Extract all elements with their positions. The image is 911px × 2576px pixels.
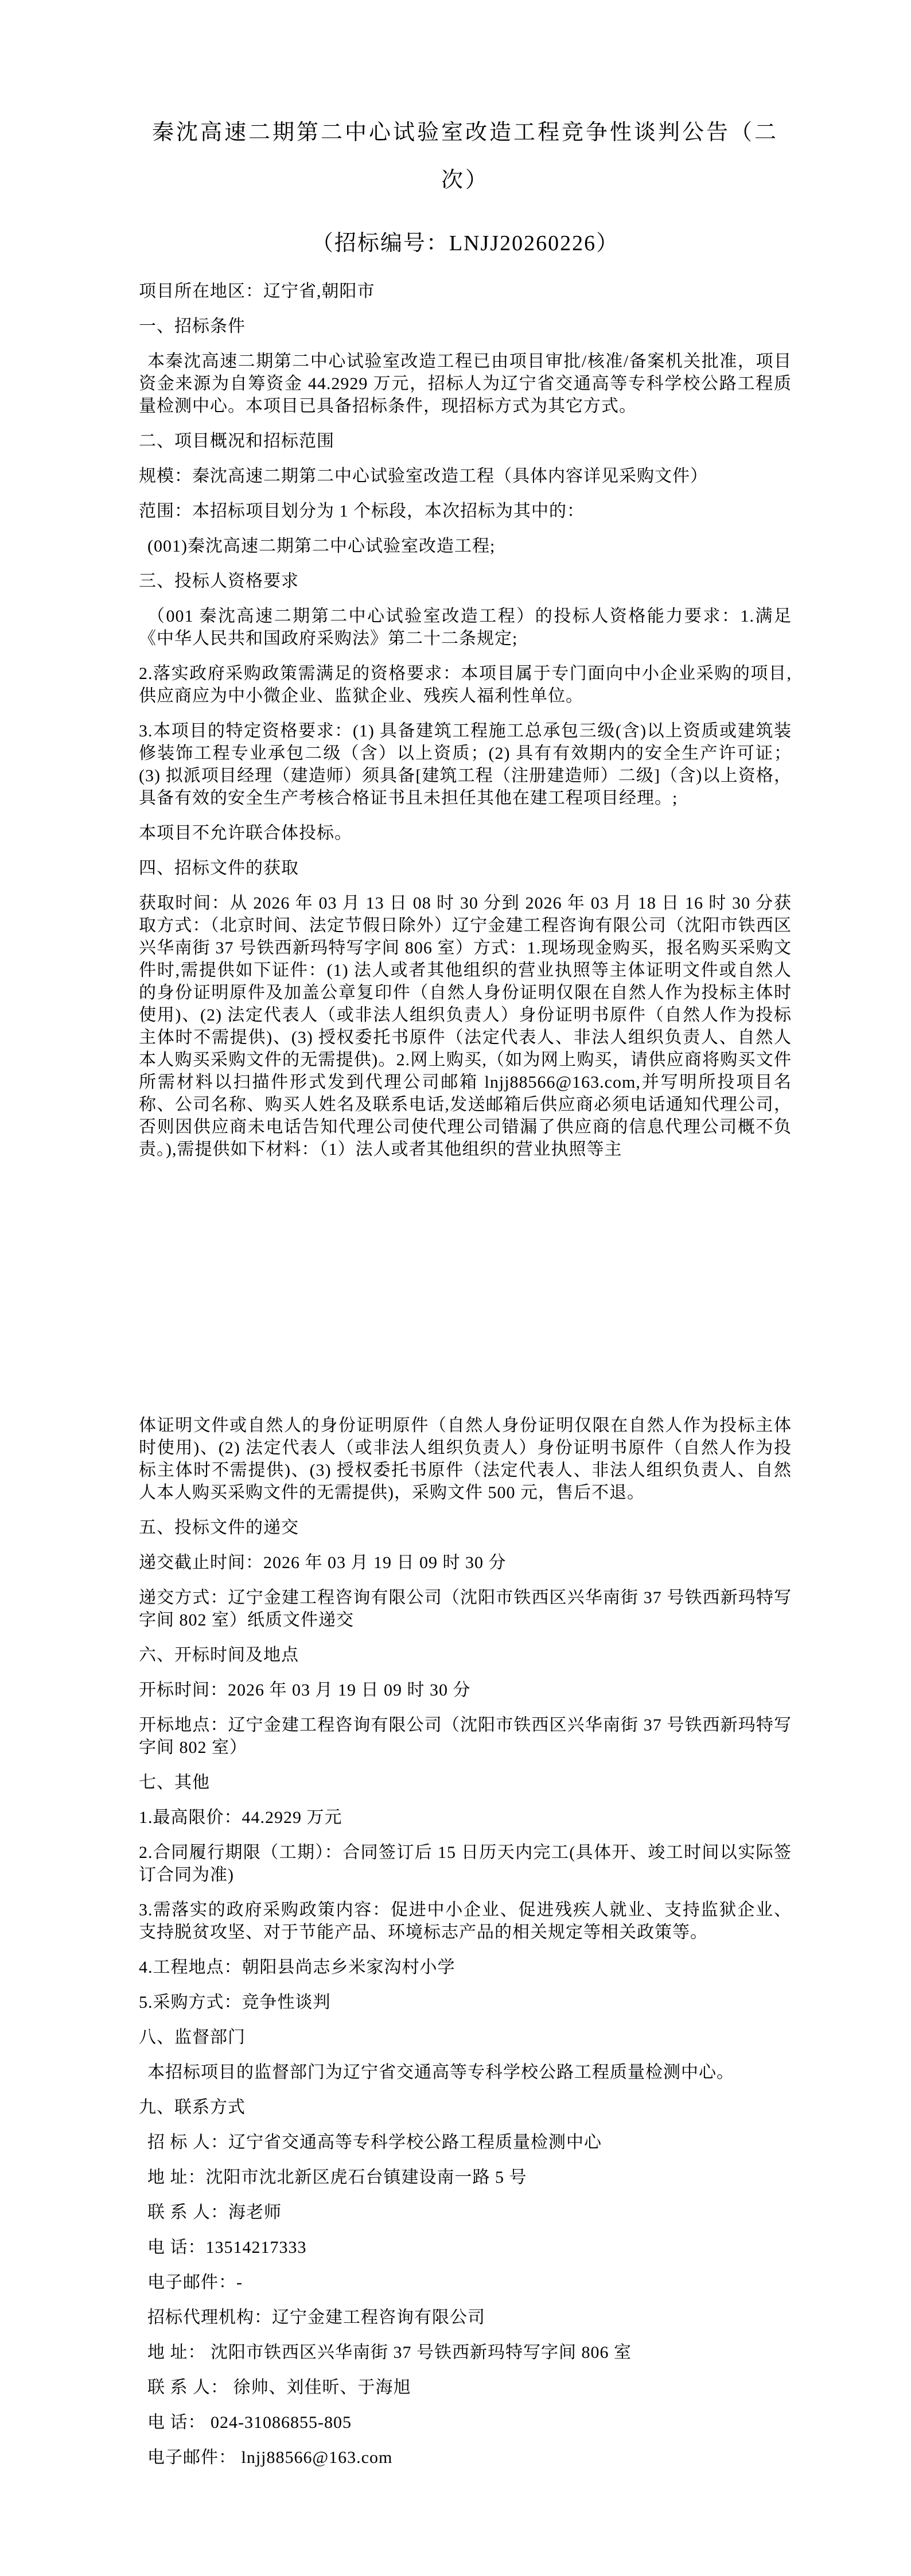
section-6-heading: 六、开标时间及地点 (139, 1644, 792, 1666)
section-9-heading: 九、联系方式 (139, 2096, 792, 2119)
max-price-line: 1.最高限价：44.2929 万元 (139, 1806, 792, 1829)
tenderer-phone-line: 电 话：13514217333 (139, 2236, 792, 2259)
opening-time-line: 开标时间：2026 年 03 月 19 日 09 时 30 分 (139, 1679, 792, 1701)
qualification-req-3: 3.本项目的特定资格要求：(1) 具备建筑工程施工总承包三级(含)以上资质或建筑… (139, 720, 792, 809)
submission-method-line: 递交方式：辽宁金建工程咨询有限公司（沈阳市铁西区兴华南街 37 号铁西新玛特写字… (139, 1586, 792, 1631)
agency-address-line: 地 址： 沈阳市铁西区兴华南街 37 号铁西新玛特写字间 806 室 (139, 2341, 792, 2364)
tenderer-email-line: 电子邮件：- (139, 2271, 792, 2294)
document-acquisition-para-page2: 体证明文件或自然人的身份证明原件（自然人身份证明仅限在自然人作为投标主体时使用)… (139, 1414, 792, 1504)
project-site-line: 4.工程地点：朝阳县尚志乡米家沟村小学 (139, 1956, 792, 1978)
section-2-heading: 二、项目概况和招标范围 (139, 430, 792, 452)
procurement-method-line: 5.采购方式：竞争性谈判 (139, 1991, 792, 2014)
agency-contact-line: 联 系 人： 徐帅、刘佳昕、于海旭 (139, 2376, 792, 2399)
project-location-line: 项目所在地区：辽宁省,朝阳市 (139, 280, 792, 302)
section-1-heading: 一、招标条件 (139, 315, 792, 337)
document-title: 秦沈高速二期第二中心试验室改造工程竞争性谈判公告（二次） (139, 109, 792, 204)
contract-period-line: 2.合同履行期限（工期）：合同签订后 15 日历天内完工(具体开、竣工时间以实际… (139, 1841, 792, 1886)
section-1-body: 本秦沈高速二期第二中心试验室改造工程已由项目审批/核准/备案机关批准，项目资金来… (139, 350, 792, 417)
tenderer-contact-line: 联 系 人：海老师 (139, 2201, 792, 2224)
qualification-req-1: （001 秦沈高速二期第二中心试验室改造工程）的投标人资格能力要求：1.满足《中… (139, 605, 792, 650)
tenderer-line: 招 标 人：辽宁省交通高等专科学校公路工程质量检测中心 (139, 2131, 792, 2154)
lot-001-line: (001)秦沈高速二期第二中心试验室改造工程; (139, 535, 792, 557)
announcement-document: 秦沈高速二期第二中心试验室改造工程竞争性谈判公告（二次） （招标编号：LNJJ2… (0, 0, 911, 2576)
supervision-dept-line: 本招标项目的监督部门为辽宁省交通高等专科学校公路工程质量检测中心。 (139, 2061, 792, 2084)
page-break-gap (139, 1173, 792, 1414)
agency-email-line: 电子邮件： lnjj88566@163.com (139, 2446, 792, 2469)
section-8-heading: 八、监督部门 (139, 2026, 792, 2049)
scale-line: 规模：秦沈高速二期第二中心试验室改造工程（具体内容详见采购文件） (139, 465, 792, 487)
document-acquisition-para-page1: 获取时间：从 2026 年 03 月 13 日 08 时 30 分到 2026 … (139, 892, 792, 1161)
tender-number-subtitle: （招标编号：LNJJ20260226） (139, 220, 792, 267)
tenderer-address-line: 地 址：沈阳市沈北新区虎石台镇建设南一路 5 号 (139, 2166, 792, 2189)
qualification-req-2: 2.落实政府采购政策需满足的资格要求：本项目属于专门面向中小企业采购的项目,供应… (139, 662, 792, 707)
opening-place-line: 开标地点：辽宁金建工程咨询有限公司（沈阳市铁西区兴华南街 37 号铁西新玛特写字… (139, 1714, 792, 1759)
submission-deadline-line: 递交截止时间：2026 年 03 月 19 日 09 时 30 分 (139, 1551, 792, 1574)
section-4-heading: 四、招标文件的获取 (139, 857, 792, 879)
agency-line: 招标代理机构：辽宁金建工程咨询有限公司 (139, 2306, 792, 2329)
procurement-policy-line: 3.需落实的政府采购政策内容：促进中小企业、促进残疾人就业、支持监狱企业、支持脱… (139, 1899, 792, 1943)
section-5-heading: 五、投标文件的递交 (139, 1516, 792, 1539)
scope-line: 范围：本招标项目划分为 1 个标段，本次招标为其中的： (139, 500, 792, 522)
section-3-heading: 三、投标人资格要求 (139, 570, 792, 592)
section-7-heading: 七、其他 (139, 1771, 792, 1794)
agency-phone-line: 电 话： 024-31086855-805 (139, 2411, 792, 2434)
no-consortium-line: 本项目不允许联合体投标。 (139, 822, 792, 844)
